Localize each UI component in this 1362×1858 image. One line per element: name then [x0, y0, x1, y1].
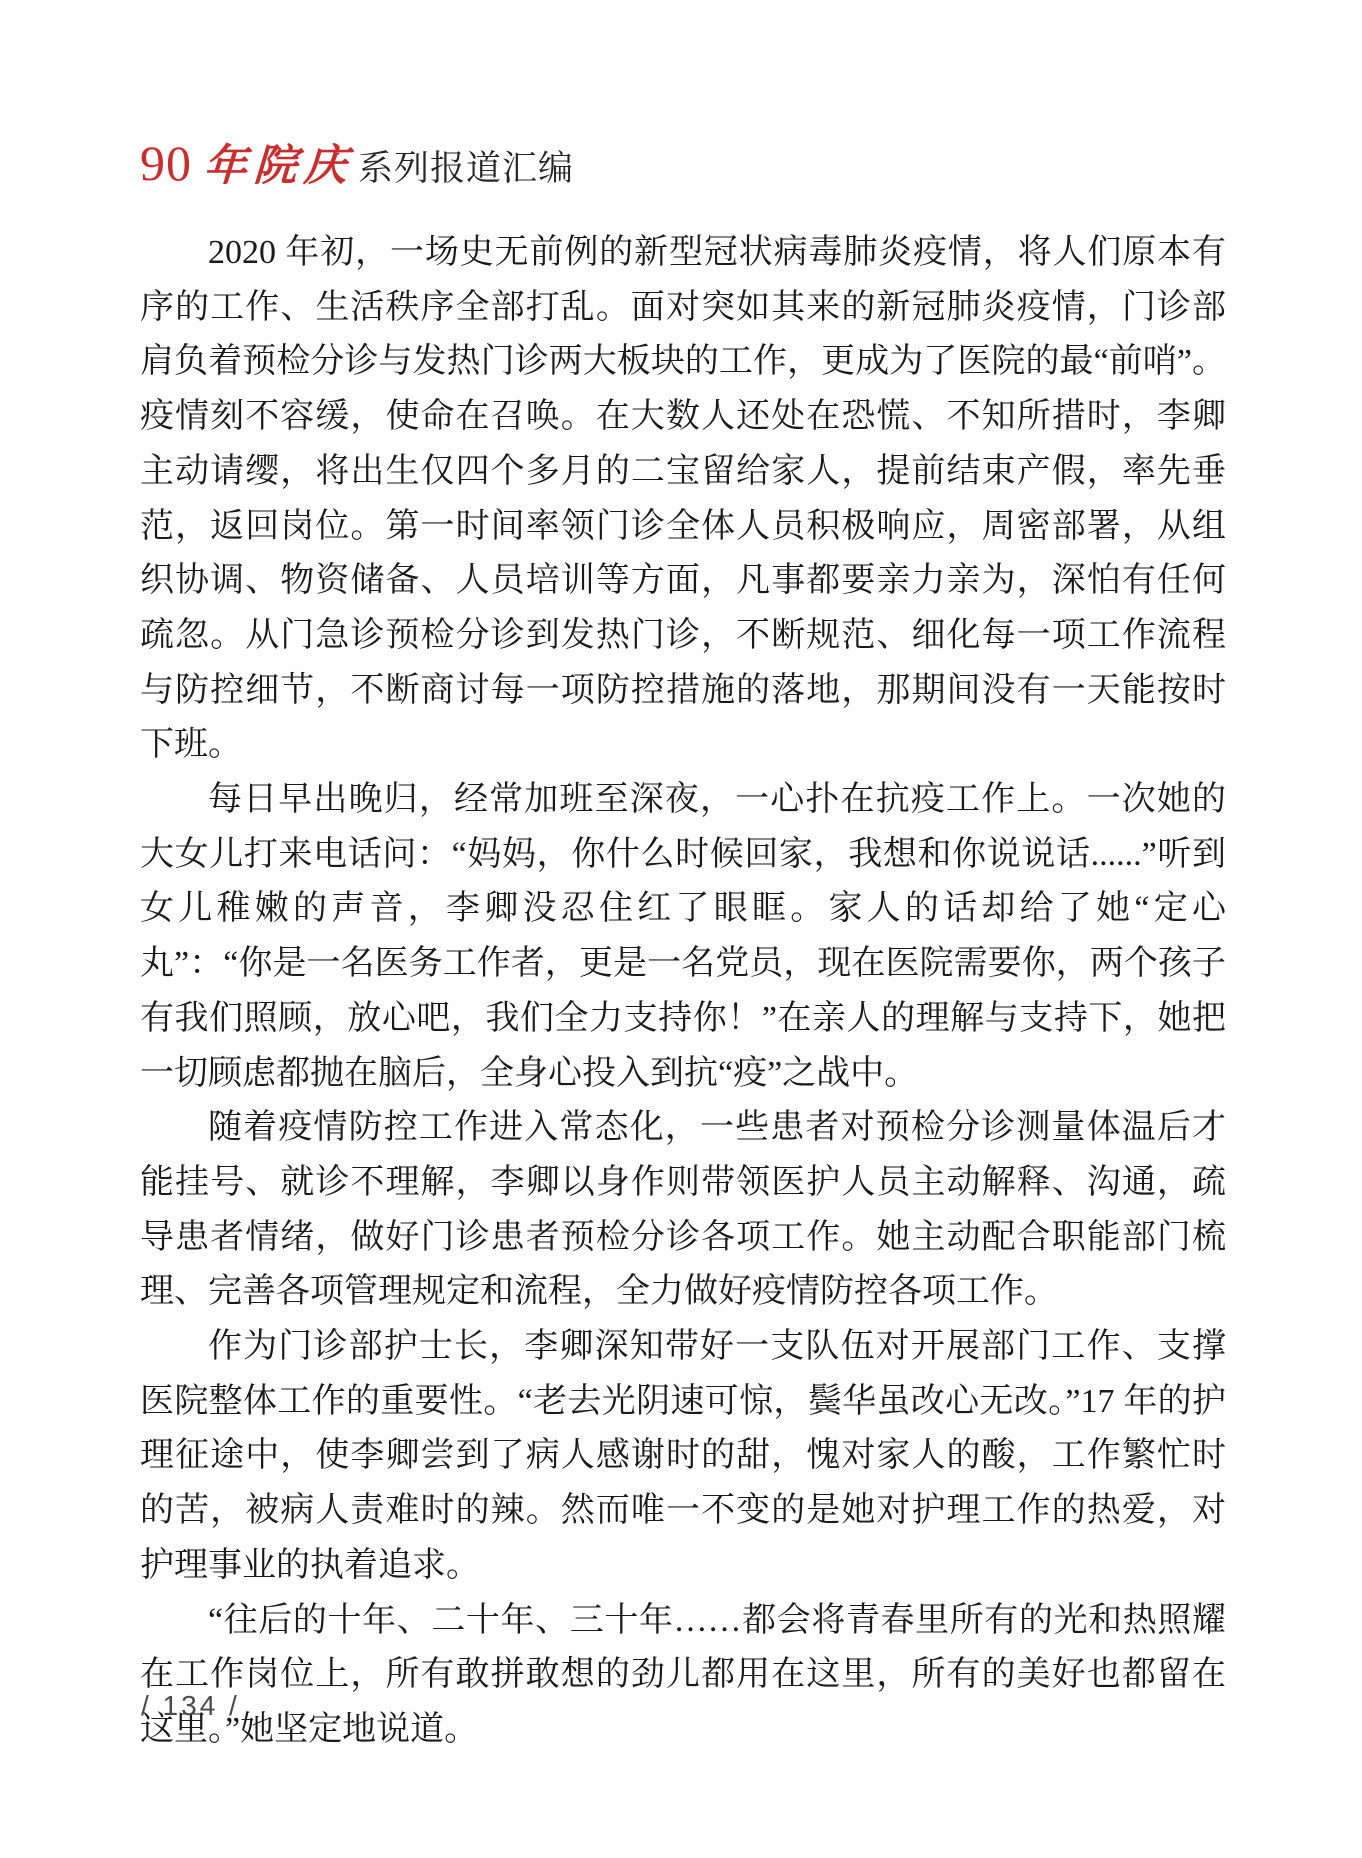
page-header: 90 年院庆 系列报道汇编 [140, 132, 574, 193]
header-anniversary-number: 90 [140, 134, 192, 192]
document-page: 90 年院庆 系列报道汇编 2020 年初，一场史无前例的新型冠状病毒肺炎疫情，… [0, 0, 1362, 1858]
article-body: 2020 年初，一场史无前例的新型冠状病毒肺炎疫情，将人们原本有序的工作、生活秩… [140, 226, 1226, 1758]
body-paragraph: “往后的十年、二十年、三十年……都会将青春里所有的光和热照耀在工作岗位上，所有敢… [140, 1594, 1226, 1758]
body-paragraph: 作为门诊部护士长，李卿深知带好一支队伍对开展部门工作、支撑医院整体工作的重要性。… [140, 1320, 1226, 1594]
page-number: / 134 / [141, 1690, 240, 1721]
page-footer: / 134 / [141, 1690, 240, 1722]
header-series-title: 系列报道汇编 [358, 141, 574, 191]
header-anniversary-script: 年院庆 [202, 132, 355, 193]
body-paragraph: 2020 年初，一场史无前例的新型冠状病毒肺炎疫情，将人们原本有序的工作、生活秩… [140, 226, 1226, 773]
body-paragraph: 随着疫情防控工作进入常态化，一些患者对预检分诊测量体温后才能挂号、就诊不理解，李… [140, 1101, 1226, 1320]
body-paragraph: 每日早出晚归，经常加班至深夜，一心扑在抗疫工作上。一次她的大女儿打来电话问：“妈… [140, 773, 1226, 1101]
